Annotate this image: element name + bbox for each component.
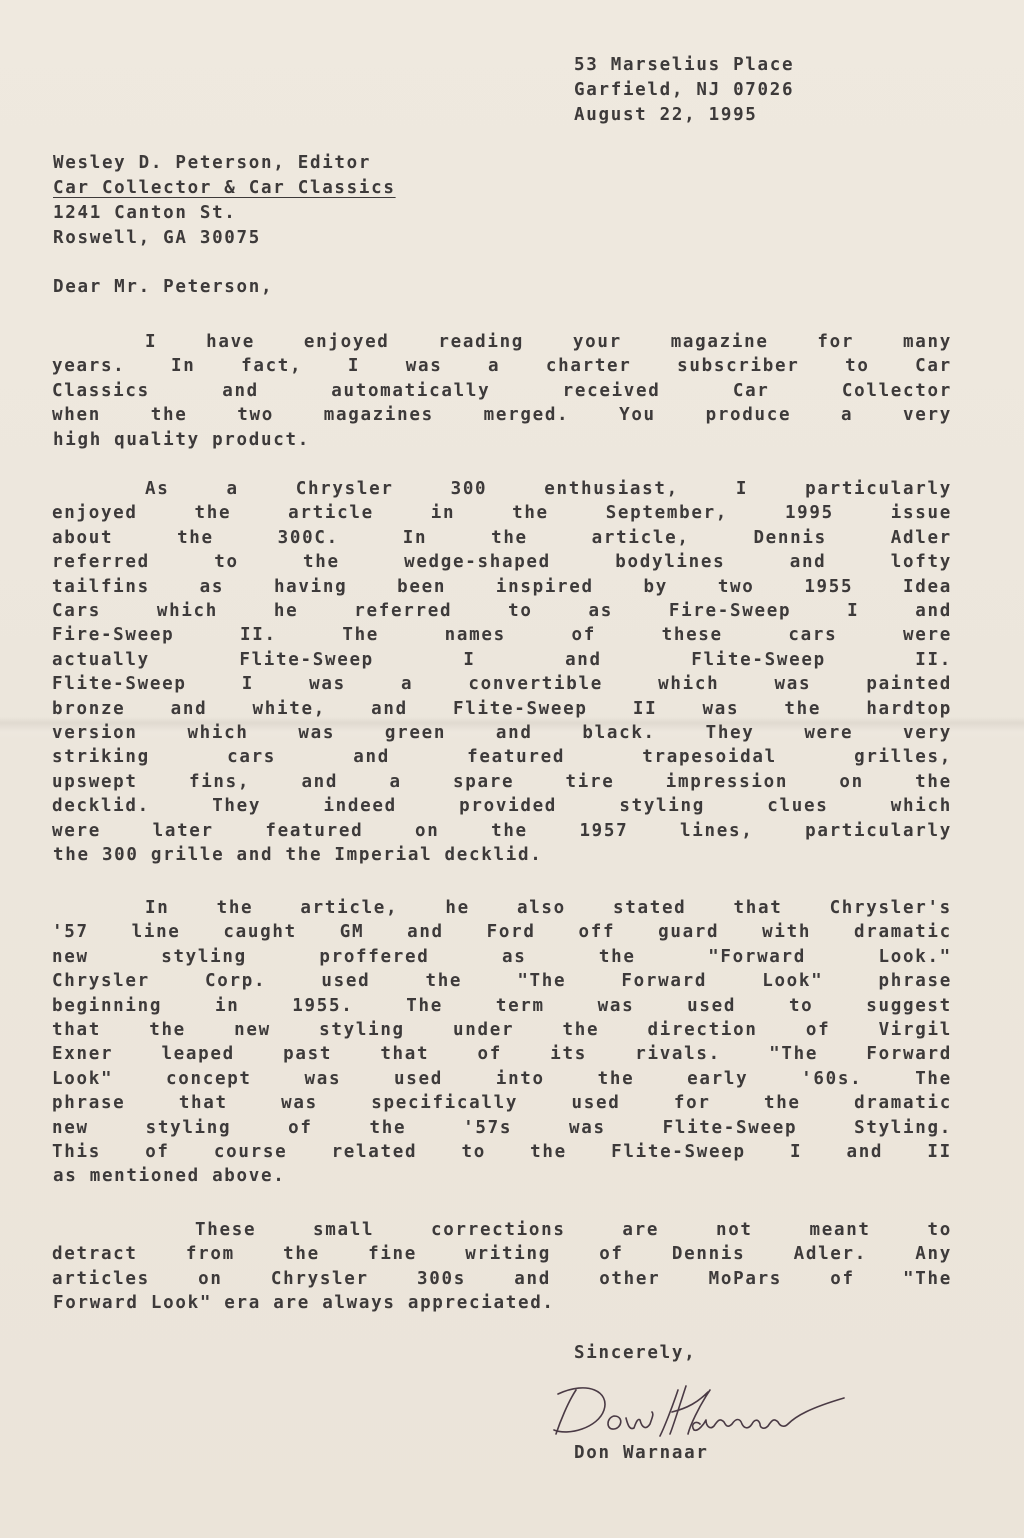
word: very xyxy=(903,403,952,427)
word: The xyxy=(406,994,443,1018)
word: magazine xyxy=(671,330,769,354)
word: This xyxy=(52,1140,101,1164)
word: beginning xyxy=(52,994,162,1018)
word: a xyxy=(401,672,413,696)
word: the xyxy=(491,526,528,550)
word: Dennis xyxy=(672,1242,745,1266)
word: Flite-Sweep xyxy=(663,1116,798,1140)
word: the xyxy=(283,1242,320,1266)
word: new xyxy=(234,1018,271,1042)
word: Flite-Sweep xyxy=(691,648,826,672)
word: for xyxy=(817,330,854,354)
word: of xyxy=(806,1018,830,1042)
word: convertible xyxy=(468,672,603,696)
word: a xyxy=(841,403,853,427)
body-line: AsaChrysler300enthusiast,Iparticularly xyxy=(145,477,952,501)
word: the xyxy=(177,526,214,550)
word: on xyxy=(415,819,439,843)
recipient-publication: Car Collector & Car Classics xyxy=(53,176,396,200)
word: used xyxy=(394,1067,443,1091)
word: I xyxy=(847,599,859,623)
word: I xyxy=(348,354,360,378)
word: indeed xyxy=(323,794,396,818)
word: phrase xyxy=(52,1091,125,1115)
word: not xyxy=(716,1218,753,1242)
word: featured xyxy=(467,745,565,769)
word: grilles, xyxy=(854,745,952,769)
body-line: Look"conceptwasusedintotheearly'60s.The xyxy=(52,1067,952,1091)
word: and xyxy=(496,721,533,745)
word: which xyxy=(187,721,248,745)
word: direction xyxy=(647,1018,757,1042)
word: In xyxy=(403,526,427,550)
word: enjoyed xyxy=(52,501,138,525)
word: the xyxy=(491,819,528,843)
word: having xyxy=(274,575,347,599)
word: decklid. xyxy=(52,794,150,818)
word: produce xyxy=(706,403,792,427)
body-line: newstylingprofferedasthe"ForwardLook." xyxy=(52,945,952,969)
body-line: upsweptfins,andasparetireimpressiononthe xyxy=(52,770,952,794)
word: into xyxy=(496,1067,545,1091)
word: The xyxy=(915,1067,952,1091)
word: suggest xyxy=(866,994,952,1018)
word: upswept xyxy=(52,770,138,794)
word: term xyxy=(496,994,545,1018)
word: Flite-Sweep xyxy=(52,672,187,696)
word: Styling. xyxy=(854,1116,952,1140)
word: received xyxy=(563,379,661,403)
word: Ford xyxy=(487,920,536,944)
word: which xyxy=(157,599,218,623)
word: Car xyxy=(733,379,770,403)
word: article xyxy=(288,501,374,525)
word: Collector xyxy=(842,379,952,403)
word: and xyxy=(371,697,408,721)
word: Virgil xyxy=(879,1018,952,1042)
word: your xyxy=(573,330,622,354)
word: fine xyxy=(368,1242,417,1266)
word: stated xyxy=(613,896,686,920)
word: dramatic xyxy=(854,1091,952,1115)
word: Adler. xyxy=(794,1242,867,1266)
word: II xyxy=(633,697,657,721)
word: charter xyxy=(546,354,632,378)
word: "The xyxy=(517,969,566,993)
body-line: Flite-SweepIwasaconvertiblewhichwaspaint… xyxy=(52,672,952,696)
word: styling xyxy=(619,794,705,818)
body-line: aboutthe300C.Inthearticle,DennisAdler xyxy=(52,526,952,550)
word: of xyxy=(288,1116,312,1140)
body-line: Forward Look" era are always appreciated… xyxy=(53,1291,555,1315)
recipient-city: Roswell, GA 30075 xyxy=(53,226,261,250)
word: "The xyxy=(903,1267,952,1291)
word: used xyxy=(321,969,370,993)
word: white, xyxy=(253,697,326,721)
word: proffered xyxy=(319,945,429,969)
word: early xyxy=(687,1067,748,1091)
body-line: ThisofcourserelatedtotheFlite-SweepIandI… xyxy=(52,1140,952,1164)
word: corrections xyxy=(431,1218,566,1242)
word: I xyxy=(145,330,157,354)
word: '57s xyxy=(463,1116,512,1140)
word: to xyxy=(845,354,869,378)
word: "The xyxy=(769,1042,818,1066)
word: he xyxy=(445,896,469,920)
word: 300s xyxy=(417,1267,466,1291)
body-line: Exnerleapedpastthatofitsrivals."TheForwa… xyxy=(52,1042,952,1066)
word: in xyxy=(431,501,455,525)
body-line: phrasethatwasspecificallyusedforthedrama… xyxy=(52,1091,952,1115)
word: magazines xyxy=(324,403,434,427)
word: Look." xyxy=(879,945,952,969)
word: 1957 xyxy=(579,819,628,843)
body-line: enjoyedthearticleintheSeptember,1995issu… xyxy=(52,501,952,525)
word: of xyxy=(478,1042,502,1066)
body-line: werelaterfeaturedonthe1957lines,particul… xyxy=(52,819,952,843)
word: meant xyxy=(809,1218,870,1242)
word: to xyxy=(214,550,238,574)
word: was xyxy=(298,721,335,745)
word: the xyxy=(764,1091,801,1115)
word: Chrysler xyxy=(296,477,394,501)
word: caught xyxy=(223,920,296,944)
word: reading xyxy=(438,330,524,354)
word: to xyxy=(461,1140,485,1164)
body-line: as mentioned above. xyxy=(53,1164,285,1188)
word: and xyxy=(353,745,390,769)
word: many xyxy=(903,330,952,354)
word: in xyxy=(215,994,239,1018)
word: the xyxy=(217,896,254,920)
word: two xyxy=(237,403,274,427)
word: writing xyxy=(465,1242,551,1266)
closing: Sincerely, xyxy=(574,1341,696,1365)
word: used xyxy=(687,994,736,1018)
word: cars xyxy=(788,623,837,647)
word: styling xyxy=(146,1116,232,1140)
word: black. xyxy=(582,721,655,745)
word: Cars xyxy=(52,599,101,623)
body-line: Inthearticle,healsostatedthatChrysler's xyxy=(145,896,952,920)
word: and xyxy=(790,550,827,574)
word: and xyxy=(514,1267,551,1291)
word: of xyxy=(599,1242,623,1266)
body-line: Ihaveenjoyedreadingyourmagazineformany xyxy=(145,330,952,354)
word: actually xyxy=(52,648,150,672)
word: Look" xyxy=(762,969,823,993)
word: new xyxy=(52,1116,89,1140)
word: Fire-Sweep xyxy=(669,599,791,623)
sender-city: Garfield, NJ 07026 xyxy=(574,78,794,102)
word: enthusiast, xyxy=(544,477,679,501)
word: the xyxy=(562,1018,599,1042)
word: of xyxy=(571,623,595,647)
word: bronze xyxy=(52,697,125,721)
word: and xyxy=(301,770,338,794)
word: Chrysler's xyxy=(830,896,952,920)
word: on xyxy=(839,770,863,794)
word: and xyxy=(171,697,208,721)
word: I xyxy=(790,1140,802,1164)
word: '57 xyxy=(52,920,89,944)
word: new xyxy=(52,945,89,969)
word: Chrysler xyxy=(271,1267,369,1291)
word: which xyxy=(658,672,719,696)
word: Exner xyxy=(52,1042,113,1066)
body-line: detractfromthefinewritingofDennisAdler.A… xyxy=(52,1242,952,1266)
word: In xyxy=(145,896,169,920)
word: styling xyxy=(319,1018,405,1042)
word: off xyxy=(579,920,616,944)
word: as xyxy=(200,575,224,599)
word: on xyxy=(198,1267,222,1291)
word: concept xyxy=(166,1067,252,1091)
word: painted xyxy=(866,672,952,696)
word: as xyxy=(588,599,612,623)
word: these xyxy=(662,623,723,647)
word: Flite-Sweep xyxy=(239,648,374,672)
word: Forward xyxy=(621,969,707,993)
body-line: articlesonChrysler300sandotherMoParsof"T… xyxy=(52,1267,952,1291)
body-line: '57linecaughtGMandFordoffguardwithdramat… xyxy=(52,920,952,944)
word: a xyxy=(226,477,238,501)
word: that xyxy=(179,1091,228,1115)
word: dramatic xyxy=(854,920,952,944)
word: fins, xyxy=(189,770,250,794)
word: "Forward xyxy=(708,945,806,969)
sender-street: 53 Marselius Place xyxy=(574,53,794,77)
word: Classics xyxy=(52,379,150,403)
word: Corp. xyxy=(205,969,266,993)
word: that xyxy=(380,1042,429,1066)
word: green xyxy=(385,721,446,745)
word: rivals. xyxy=(635,1042,721,1066)
word: to xyxy=(789,994,813,1018)
body-line: bronzeandwhite,andFlite-SweepIIwasthehar… xyxy=(52,697,952,721)
word: small xyxy=(313,1218,374,1242)
body-line: versionwhichwasgreenandblack.Theywerever… xyxy=(52,721,952,745)
word: Forward xyxy=(866,1042,952,1066)
salutation: Dear Mr. Peterson, xyxy=(53,275,273,299)
word: and xyxy=(915,599,952,623)
body-line: Fire-SweepII.Thenamesofthesecarswere xyxy=(52,623,952,647)
word: tailfins xyxy=(52,575,150,599)
word: names xyxy=(445,623,506,647)
word: '60s. xyxy=(801,1067,862,1091)
word: as xyxy=(502,945,526,969)
word: As xyxy=(145,477,169,501)
word: the xyxy=(151,403,188,427)
body-line: ChryslerCorp.usedthe"TheForwardLook"phra… xyxy=(52,969,952,993)
word: of xyxy=(830,1267,854,1291)
word: MoPars xyxy=(709,1267,782,1291)
word: to xyxy=(927,1218,951,1242)
word: version xyxy=(52,721,138,745)
body-line: years.Infact,IwasachartersubscribertoCar xyxy=(52,354,952,378)
word: with xyxy=(762,920,811,944)
word: inspired xyxy=(496,575,594,599)
word: lines, xyxy=(680,819,753,843)
word: the xyxy=(530,1140,567,1164)
word: past xyxy=(283,1042,332,1066)
word: the xyxy=(599,945,636,969)
word: were xyxy=(52,819,101,843)
word: lofty xyxy=(891,550,952,574)
word: 1995 xyxy=(785,501,834,525)
word: Any xyxy=(915,1242,952,1266)
word: he xyxy=(274,599,298,623)
word: two xyxy=(718,575,755,599)
word: II. xyxy=(240,623,277,647)
word: Chrysler xyxy=(52,969,150,993)
word: In xyxy=(171,354,195,378)
word: particularly xyxy=(805,477,952,501)
word: have xyxy=(206,330,255,354)
word: very xyxy=(903,721,952,745)
word: striking xyxy=(52,745,150,769)
word: clues xyxy=(767,794,828,818)
word: II. xyxy=(915,648,952,672)
word: I xyxy=(242,672,254,696)
word: Fire-Sweep xyxy=(52,623,174,647)
word: the xyxy=(915,770,952,794)
word: articles xyxy=(52,1267,150,1291)
body-line: strikingcarsandfeaturedtrapesoidalgrille… xyxy=(52,745,952,769)
word: article, xyxy=(300,896,398,920)
word: September, xyxy=(606,501,728,525)
word: GM xyxy=(340,920,364,944)
word: the xyxy=(512,501,549,525)
body-line: the 300 grille and the Imperial decklid. xyxy=(53,843,542,867)
word: were xyxy=(804,721,853,745)
word: Car xyxy=(915,354,952,378)
word: and xyxy=(846,1140,883,1164)
word: Adler xyxy=(891,526,952,550)
word: phrase xyxy=(879,969,952,993)
word: years. xyxy=(52,354,125,378)
word: automatically xyxy=(331,379,490,403)
word: spare xyxy=(453,770,514,794)
word: line xyxy=(132,920,181,944)
word: the xyxy=(784,697,821,721)
word: and xyxy=(407,920,444,944)
word: 300C. xyxy=(278,526,339,550)
word: was xyxy=(598,994,635,1018)
word: detract xyxy=(52,1242,138,1266)
word: cars xyxy=(227,745,276,769)
word: II xyxy=(927,1140,951,1164)
word: was xyxy=(406,354,443,378)
word: later xyxy=(153,819,214,843)
word: about xyxy=(52,526,113,550)
body-line: referredtothewedge-shapedbodylinesandlof… xyxy=(52,550,952,574)
word: was xyxy=(309,672,346,696)
word: Idea xyxy=(903,575,952,599)
word: that xyxy=(52,1018,101,1042)
word: specifically xyxy=(371,1091,518,1115)
body-line: tailfinsashavingbeeninspiredbytwo1955Ide… xyxy=(52,575,952,599)
word: Dennis xyxy=(753,526,826,550)
letter-date: August 22, 1995 xyxy=(574,103,758,127)
word: the xyxy=(303,550,340,574)
word: These xyxy=(195,1218,256,1242)
body-line: high quality product. xyxy=(53,428,310,452)
word: I xyxy=(736,477,748,501)
word: was xyxy=(305,1067,342,1091)
word: fact, xyxy=(241,354,302,378)
word: used xyxy=(572,1091,621,1115)
word: of xyxy=(145,1140,169,1164)
word: provided xyxy=(459,794,557,818)
word: issue xyxy=(891,501,952,525)
word: hardtop xyxy=(866,697,952,721)
word: styling xyxy=(161,945,247,969)
word: subscriber xyxy=(677,354,799,378)
word: Flite-Sweep xyxy=(453,697,588,721)
word: a xyxy=(488,354,500,378)
word: wedge-shaped xyxy=(404,550,551,574)
body-line: actuallyFlite-SweepIandFlite-SweepII. xyxy=(52,648,952,672)
recipient-street: 1241 Canton St. xyxy=(53,201,237,225)
word: that xyxy=(734,896,783,920)
body-line: Thesesmallcorrectionsarenotmeantto xyxy=(195,1218,952,1242)
word: under xyxy=(453,1018,514,1042)
word: was xyxy=(569,1116,606,1140)
word: the xyxy=(195,501,232,525)
word: bodylines xyxy=(615,550,725,574)
word: other xyxy=(599,1267,660,1291)
word: referred xyxy=(52,550,150,574)
word: leaped xyxy=(161,1042,234,1066)
word: the xyxy=(425,969,462,993)
word: are xyxy=(622,1218,659,1242)
signer-name: Don Warnaar xyxy=(574,1441,709,1465)
word: Flite-Sweep xyxy=(611,1140,746,1164)
word: for xyxy=(674,1091,711,1115)
body-line: whenthetwomagazinesmerged.Youproduceaver… xyxy=(52,403,952,427)
word: was xyxy=(774,672,811,696)
word: 1955 xyxy=(804,575,853,599)
handwritten-signature xyxy=(548,1372,858,1442)
word: I xyxy=(463,648,475,672)
word: its xyxy=(550,1042,587,1066)
word: course xyxy=(214,1140,287,1164)
word: the xyxy=(149,1018,186,1042)
word: to xyxy=(508,599,532,623)
word: were xyxy=(903,623,952,647)
word: tire xyxy=(565,770,614,794)
word: They xyxy=(706,721,755,745)
word: Look" xyxy=(52,1067,113,1091)
word: enjoyed xyxy=(304,330,390,354)
word: the xyxy=(598,1067,635,1091)
body-line: newstylingofthe'57swasFlite-SweepStyling… xyxy=(52,1116,952,1140)
word: related xyxy=(332,1140,418,1164)
word: was xyxy=(703,697,740,721)
word: The xyxy=(342,623,379,647)
word: guard xyxy=(658,920,719,944)
recipient-name: Wesley D. Peterson, Editor xyxy=(53,151,371,175)
word: impression xyxy=(666,770,788,794)
word: and xyxy=(222,379,259,403)
body-line: CarswhichhereferredtoasFire-SweepIand xyxy=(52,599,952,623)
word: article, xyxy=(592,526,690,550)
word: a xyxy=(389,770,401,794)
word: been xyxy=(397,575,446,599)
word: 300 xyxy=(451,477,488,501)
word: which xyxy=(891,794,952,818)
